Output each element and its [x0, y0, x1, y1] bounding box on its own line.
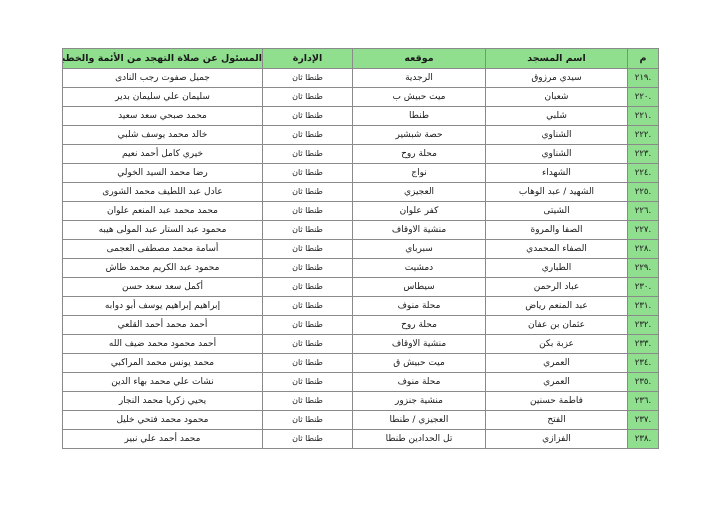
mosque-location: دمشيت: [353, 259, 486, 278]
mosque-name: الصفا والمروة: [486, 221, 628, 240]
table-row: .٢٣٧الفتحالعجيزي / طنطاطنطا ثانمحمود محم…: [63, 411, 659, 430]
mosque-name: عزبة بكن: [486, 335, 628, 354]
administration: طنطا ثان: [263, 411, 353, 430]
mosque-name: الطباري: [486, 259, 628, 278]
mosque-location: تل الحدادين طنطا: [353, 430, 486, 449]
mosque-location: منشية الاوقاف: [353, 221, 486, 240]
table-body: .٢١٩سيدي مرزوقالرجديةطنطا ثانجميل صفوت ر…: [63, 69, 659, 449]
table-row: .٢٢٦الشيتىكفر علوانطنطا ثانمحمد محمد عبد…: [63, 202, 659, 221]
row-number: .٢١٩: [628, 69, 659, 88]
administration: طنطا ثان: [263, 373, 353, 392]
administration: طنطا ثان: [263, 354, 353, 373]
responsible-imam: محمد صبحي سعد سعيد: [63, 107, 263, 126]
responsible-imam: محمود عبد الكريم محمد طاش: [63, 259, 263, 278]
administration: طنطا ثان: [263, 88, 353, 107]
administration: طنطا ثان: [263, 202, 353, 221]
mosque-name: عباد الرحمن: [486, 278, 628, 297]
table-row: .٢٢١شلبيطنطاطنطا ثانمحمد صبحي سعد سعيد: [63, 107, 659, 126]
table-row: .٢٣٤العمريميت حبيش قطنطا ثانمحمد يونس مح…: [63, 354, 659, 373]
document-page: م اسم المسجد موقعه الإدارة المسئول عن صل…: [0, 0, 720, 509]
administration: طنطا ثان: [263, 126, 353, 145]
row-number: .٢٢٩: [628, 259, 659, 278]
row-number: .٢٢١: [628, 107, 659, 126]
mosque-name: شعبان: [486, 88, 628, 107]
responsible-imam: رضا محمد السيد الخولي: [63, 164, 263, 183]
row-number: .٢٣٤: [628, 354, 659, 373]
table-row: .٢٢٥الشهيد / عبد الوهابالعجيزيطنطا ثانعا…: [63, 183, 659, 202]
table-row: .٢٣٥العمريمحلة منوفطنطا ثاننشات علي محمد…: [63, 373, 659, 392]
mosque-location: ميت حبيش ب: [353, 88, 486, 107]
table-row: .٢٢٣الشناويمحلة روحطنطا ثانخيري كامل أحم…: [63, 145, 659, 164]
header-administration: الإدارة: [263, 49, 353, 69]
table-row: .٢٢٧الصفا والمروةمنشية الاوقافطنطا ثانمح…: [63, 221, 659, 240]
mosque-name: الصفاء المحمدي: [486, 240, 628, 259]
mosque-name: سيدي مرزوق: [486, 69, 628, 88]
administration: طنطا ثان: [263, 164, 353, 183]
mosque-name: الفتح: [486, 411, 628, 430]
table-row: .٢٣٠عباد الرحمنسيطاسطنطا ثانأكمل سعد سعد…: [63, 278, 659, 297]
responsible-imam: يحيي زكريا محمد النجار: [63, 392, 263, 411]
mosque-location: نواج: [353, 164, 486, 183]
mosque-location: محلة روح: [353, 316, 486, 335]
responsible-imam: محمد أحمد علي نبير: [63, 430, 263, 449]
row-number: .٢٢٣: [628, 145, 659, 164]
table-row: .٢٣٢عثمان بن عفانمحلة روحطنطا ثانأحمد مح…: [63, 316, 659, 335]
responsible-imam: أكمل سعد سعد حسن: [63, 278, 263, 297]
administration: طنطا ثان: [263, 221, 353, 240]
row-number: .٢٢٨: [628, 240, 659, 259]
mosque-name: الشناوي: [486, 145, 628, 164]
row-number: .٢٢٠: [628, 88, 659, 107]
mosque-location: حصة شبشير: [353, 126, 486, 145]
mosque-location: محلة منوف: [353, 297, 486, 316]
administration: طنطا ثان: [263, 69, 353, 88]
mosque-name: العمري: [486, 373, 628, 392]
header-mosque: اسم المسجد: [486, 49, 628, 69]
table-row: .٢٢٢الشناويحصة شبشيرطنطا ثانخالد محمد يو…: [63, 126, 659, 145]
mosque-name: عبد المنعم رياض: [486, 297, 628, 316]
administration: طنطا ثان: [263, 278, 353, 297]
table-header-row: م اسم المسجد موقعه الإدارة المسئول عن صل…: [63, 49, 659, 69]
header-location: موقعه: [353, 49, 486, 69]
mosque-location: طنطا: [353, 107, 486, 126]
administration: طنطا ثان: [263, 297, 353, 316]
responsible-imam: أحمد محمد أحمد القلعي: [63, 316, 263, 335]
administration: طنطا ثان: [263, 259, 353, 278]
table-row: .٢٣٦فاطمة حسنينمنشية جنزورطنطا ثانيحيي ز…: [63, 392, 659, 411]
mosque-location: الرجدية: [353, 69, 486, 88]
administration: طنطا ثان: [263, 335, 353, 354]
table-row: .٢٢٨الصفاء المحمديسبربايطنطا ثانأسامة مح…: [63, 240, 659, 259]
row-number: .٢٣٥: [628, 373, 659, 392]
mosque-location: منشية جنزور: [353, 392, 486, 411]
table-row: .٢٢٤الشهداءنواجطنطا ثانرضا محمد السيد ال…: [63, 164, 659, 183]
mosque-name: الفزازي: [486, 430, 628, 449]
responsible-imam: إبراهيم إبراهيم يوسف أبو دوابه: [63, 297, 263, 316]
row-number: .٢٣٦: [628, 392, 659, 411]
row-number: .٢٣٨: [628, 430, 659, 449]
table-row: .٢٣٣عزبة بكنمنشية الاوقافطنطا ثانأحمد مح…: [63, 335, 659, 354]
row-number: .٢٣٧: [628, 411, 659, 430]
mosque-location: سبرباي: [353, 240, 486, 259]
responsible-imam: عادل عبد اللطيف محمد الشورى: [63, 183, 263, 202]
mosque-location: منشية الاوقاف: [353, 335, 486, 354]
mosque-name: فاطمة حسنين: [486, 392, 628, 411]
mosque-name: العمري: [486, 354, 628, 373]
row-number: .٢٢٥: [628, 183, 659, 202]
mosque-location: العجيزي / طنطا: [353, 411, 486, 430]
administration: طنطا ثان: [263, 430, 353, 449]
header-responsible: المسئول عن صلاة التهجد من الأئمة والخطبا…: [63, 49, 263, 69]
administration: طنطا ثان: [263, 392, 353, 411]
administration: طنطا ثان: [263, 316, 353, 335]
mosque-location: سيطاس: [353, 278, 486, 297]
mosque-location: ميت حبيش ق: [353, 354, 486, 373]
mosque-name: عثمان بن عفان: [486, 316, 628, 335]
table-row: .٢٢٩الطباريدمشيتطنطا ثانمحمود عبد الكريم…: [63, 259, 659, 278]
table-row: .٢٣٨الفزازيتل الحدادين طنطاطنطا ثانمحمد …: [63, 430, 659, 449]
row-number: .٢٢٧: [628, 221, 659, 240]
table-row: .٢٣١عبد المنعم رياضمحلة منوفطنطا ثانإبرا…: [63, 297, 659, 316]
row-number: .٢٢٢: [628, 126, 659, 145]
mosque-location: محلة روح: [353, 145, 486, 164]
table-row: .٢١٩سيدي مرزوقالرجديةطنطا ثانجميل صفوت ر…: [63, 69, 659, 88]
responsible-imam: خيري كامل أحمد نعيم: [63, 145, 263, 164]
mosque-name: الشهيد / عبد الوهاب: [486, 183, 628, 202]
responsible-imam: نشات علي محمد بهاء الدين: [63, 373, 263, 392]
responsible-imam: محمد محمد عبد المنعم علوان: [63, 202, 263, 221]
row-number: .٢٣٢: [628, 316, 659, 335]
row-number: .٢٣١: [628, 297, 659, 316]
mosque-location: كفر علوان: [353, 202, 486, 221]
responsible-imam: محمد يونس محمد المراكبي: [63, 354, 263, 373]
responsible-imam: سليمان علي سليمان بدير: [63, 88, 263, 107]
row-number: .٢٣٣: [628, 335, 659, 354]
responsible-imam: جميل صفوت رجب النادى: [63, 69, 263, 88]
row-number: .٢٣٠: [628, 278, 659, 297]
responsible-imam: محمود عبد الستار عبد المولى هيبه: [63, 221, 263, 240]
administration: طنطا ثان: [263, 183, 353, 202]
mosque-location: محلة منوف: [353, 373, 486, 392]
responsible-imam: أحمد محمود محمد ضيف الله: [63, 335, 263, 354]
responsible-imam: أسامة محمد مصطفى العجمى: [63, 240, 263, 259]
mosque-name: شلبي: [486, 107, 628, 126]
responsible-imam: خالد محمد يوسف شلبي: [63, 126, 263, 145]
table-row: .٢٢٠شعبانميت حبيش بطنطا ثانسليمان علي سل…: [63, 88, 659, 107]
tahajjud-roster-table: م اسم المسجد موقعه الإدارة المسئول عن صل…: [62, 48, 659, 449]
mosque-location: العجيزي: [353, 183, 486, 202]
mosque-name: الشناوي: [486, 126, 628, 145]
administration: طنطا ثان: [263, 145, 353, 164]
responsible-imam: محمود محمد فتحي خليل: [63, 411, 263, 430]
administration: طنطا ثان: [263, 240, 353, 259]
header-num: م: [628, 49, 659, 69]
row-number: .٢٢٤: [628, 164, 659, 183]
mosque-name: الشيتى: [486, 202, 628, 221]
row-number: .٢٢٦: [628, 202, 659, 221]
administration: طنطا ثان: [263, 107, 353, 126]
mosque-name: الشهداء: [486, 164, 628, 183]
